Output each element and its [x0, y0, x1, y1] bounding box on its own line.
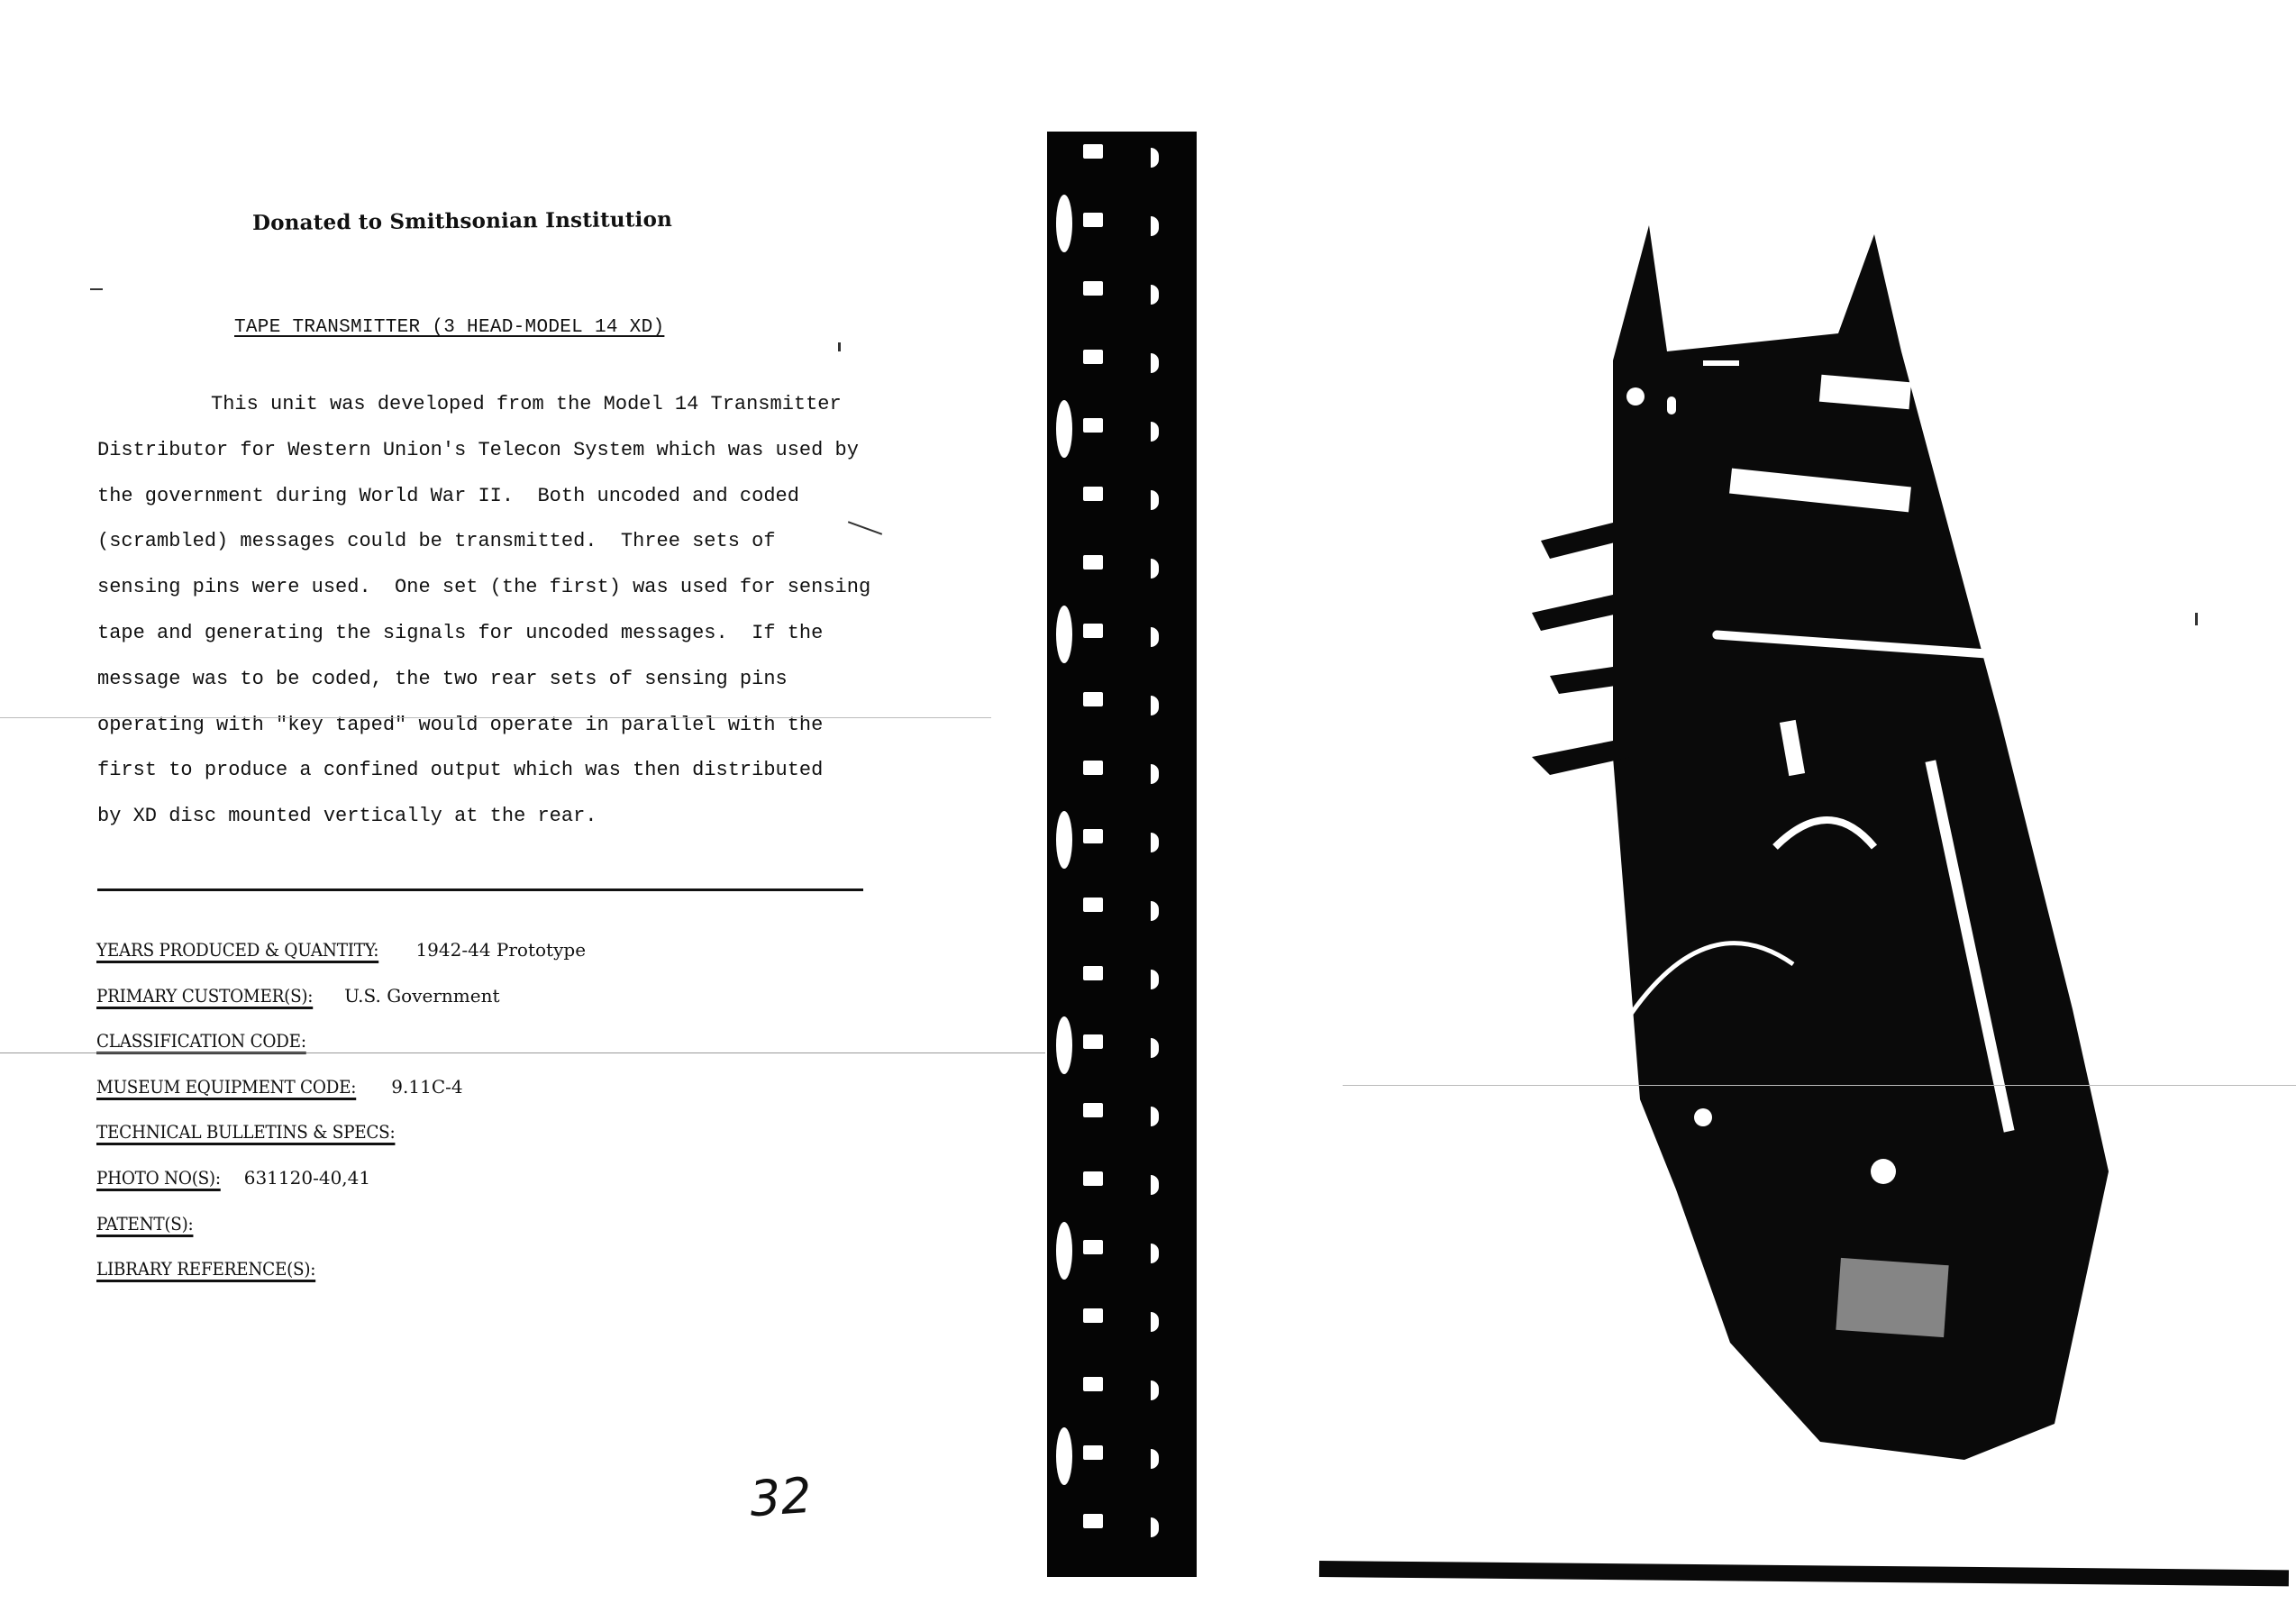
film-perforation — [1083, 487, 1103, 501]
film-frame-edge — [1056, 1016, 1072, 1074]
film-perforation — [1151, 1244, 1159, 1263]
field-label: CLASSIFICATION CODE: — [96, 1030, 306, 1052]
film-perforation — [1151, 216, 1159, 236]
film-perforation — [1151, 1175, 1159, 1195]
film-perforation — [1083, 1377, 1103, 1391]
film-perforation — [1151, 1107, 1159, 1126]
body-line: operating with "key taped" would operate… — [97, 703, 872, 749]
film-perforation — [1083, 1514, 1103, 1528]
film-perforation — [1151, 1381, 1159, 1400]
film-frame-edge — [1056, 1222, 1072, 1280]
field-years-produced: YEARS PRODUCED & QUANTITY:1942-44 Protot… — [96, 939, 586, 985]
document-title: TAPE TRANSMITTER (3 HEAD-MODEL 14 XD) — [234, 317, 664, 338]
film-perforation — [1083, 1240, 1103, 1254]
film-perforation — [1151, 833, 1159, 852]
field-label: PHOTO NO(S): — [96, 1167, 221, 1189]
section-divider — [97, 888, 863, 891]
film-perforation — [1083, 1308, 1103, 1323]
film-perforation — [1151, 422, 1159, 442]
film-perforation — [1151, 148, 1159, 168]
metadata-fields: YEARS PRODUCED & QUANTITY:1942-44 Protot… — [96, 939, 586, 1304]
body-line: sensing pins were used. One set (the fir… — [97, 565, 872, 611]
field-label: PRIMARY CUSTOMER(S): — [96, 985, 313, 1007]
field-label: YEARS PRODUCED & QUANTITY: — [96, 939, 378, 961]
film-perforation — [1151, 1038, 1159, 1058]
body-line: message was to be coded, the two rear se… — [97, 657, 872, 703]
field-library-references: LIBRARY REFERENCE(S): — [96, 1258, 586, 1304]
field-value: 1942-44 Prototype — [415, 939, 586, 961]
body-line: the government during World War II. Both… — [97, 474, 872, 520]
film-perforation — [1083, 624, 1103, 638]
film-perforation — [1083, 692, 1103, 706]
body-line: Distributor for Western Union's Telecon … — [97, 428, 872, 474]
film-perforation — [1083, 1445, 1103, 1460]
page-number: 32 — [748, 1467, 814, 1528]
film-perforation — [1151, 696, 1159, 715]
film-perforation — [1151, 901, 1159, 921]
film-perforation — [1151, 1517, 1159, 1537]
transmitter-photo — [1496, 216, 2109, 1460]
field-museum-equipment-code: MUSEUM EQUIPMENT CODE:9.11C-4 — [96, 1076, 586, 1122]
film-perforation — [1151, 764, 1159, 784]
film-frame-edge — [1056, 606, 1072, 663]
film-frame-edge — [1056, 400, 1072, 458]
film-frame-edge — [1056, 195, 1072, 252]
body-line: (scrambled) messages could be transmitte… — [97, 519, 872, 565]
film-perforation — [1083, 761, 1103, 775]
body-line: This unit was developed from the Model 1… — [97, 382, 872, 428]
field-label: PATENT(S): — [96, 1213, 193, 1235]
field-label: MUSEUM EQUIPMENT CODE: — [96, 1076, 356, 1098]
field-primary-customer: PRIMARY CUSTOMER(S):U.S. Government — [96, 985, 586, 1031]
film-perforation — [1083, 350, 1103, 364]
film-perforation — [1151, 970, 1159, 989]
field-label: TECHNICAL BULLETINS & SPECS: — [96, 1121, 395, 1143]
film-perforation — [1083, 555, 1103, 570]
film-strip — [1047, 132, 1197, 1577]
film-perforation — [1083, 144, 1103, 159]
film-perforation — [1083, 281, 1103, 296]
field-value: U.S. Government — [344, 985, 499, 1007]
donation-header: Donated to Smithsonian Institution — [252, 207, 672, 235]
field-value: 631120-40,41 — [244, 1167, 370, 1189]
film-perforation — [1151, 285, 1159, 305]
film-perforation — [1083, 1103, 1103, 1117]
film-frame-edge — [1056, 1427, 1072, 1485]
film-perforation — [1083, 418, 1103, 433]
body-line: tape and generating the signals for unco… — [97, 611, 872, 657]
film-frame-edge — [1056, 811, 1072, 869]
film-perforation — [1083, 966, 1103, 980]
film-perforation — [1151, 1449, 1159, 1469]
film-perforation — [1151, 490, 1159, 510]
field-technical-bulletins: TECHNICAL BULLETINS & SPECS: — [96, 1121, 586, 1167]
film-perforation — [1151, 627, 1159, 647]
film-perforation — [1083, 898, 1103, 912]
film-perforation — [1151, 353, 1159, 373]
film-perforation — [1083, 213, 1103, 227]
film-perforation — [1151, 1312, 1159, 1332]
field-label: LIBRARY REFERENCE(S): — [96, 1258, 315, 1280]
field-value: 9.11C-4 — [391, 1076, 462, 1098]
field-patents: PATENT(S): — [96, 1213, 586, 1259]
body-line: by XD disc mounted vertically at the rea… — [97, 794, 872, 840]
film-perforation — [1083, 1034, 1103, 1049]
field-photo-numbers: PHOTO NO(S):631120-40,41 — [96, 1167, 586, 1213]
body-line: first to produce a confined output which… — [97, 748, 872, 794]
film-perforation — [1083, 829, 1103, 843]
photo-base-line — [1319, 1561, 2289, 1586]
film-perforation — [1083, 1171, 1103, 1186]
description-paragraph: This unit was developed from the Model 1… — [97, 382, 872, 840]
film-perforation — [1151, 559, 1159, 579]
